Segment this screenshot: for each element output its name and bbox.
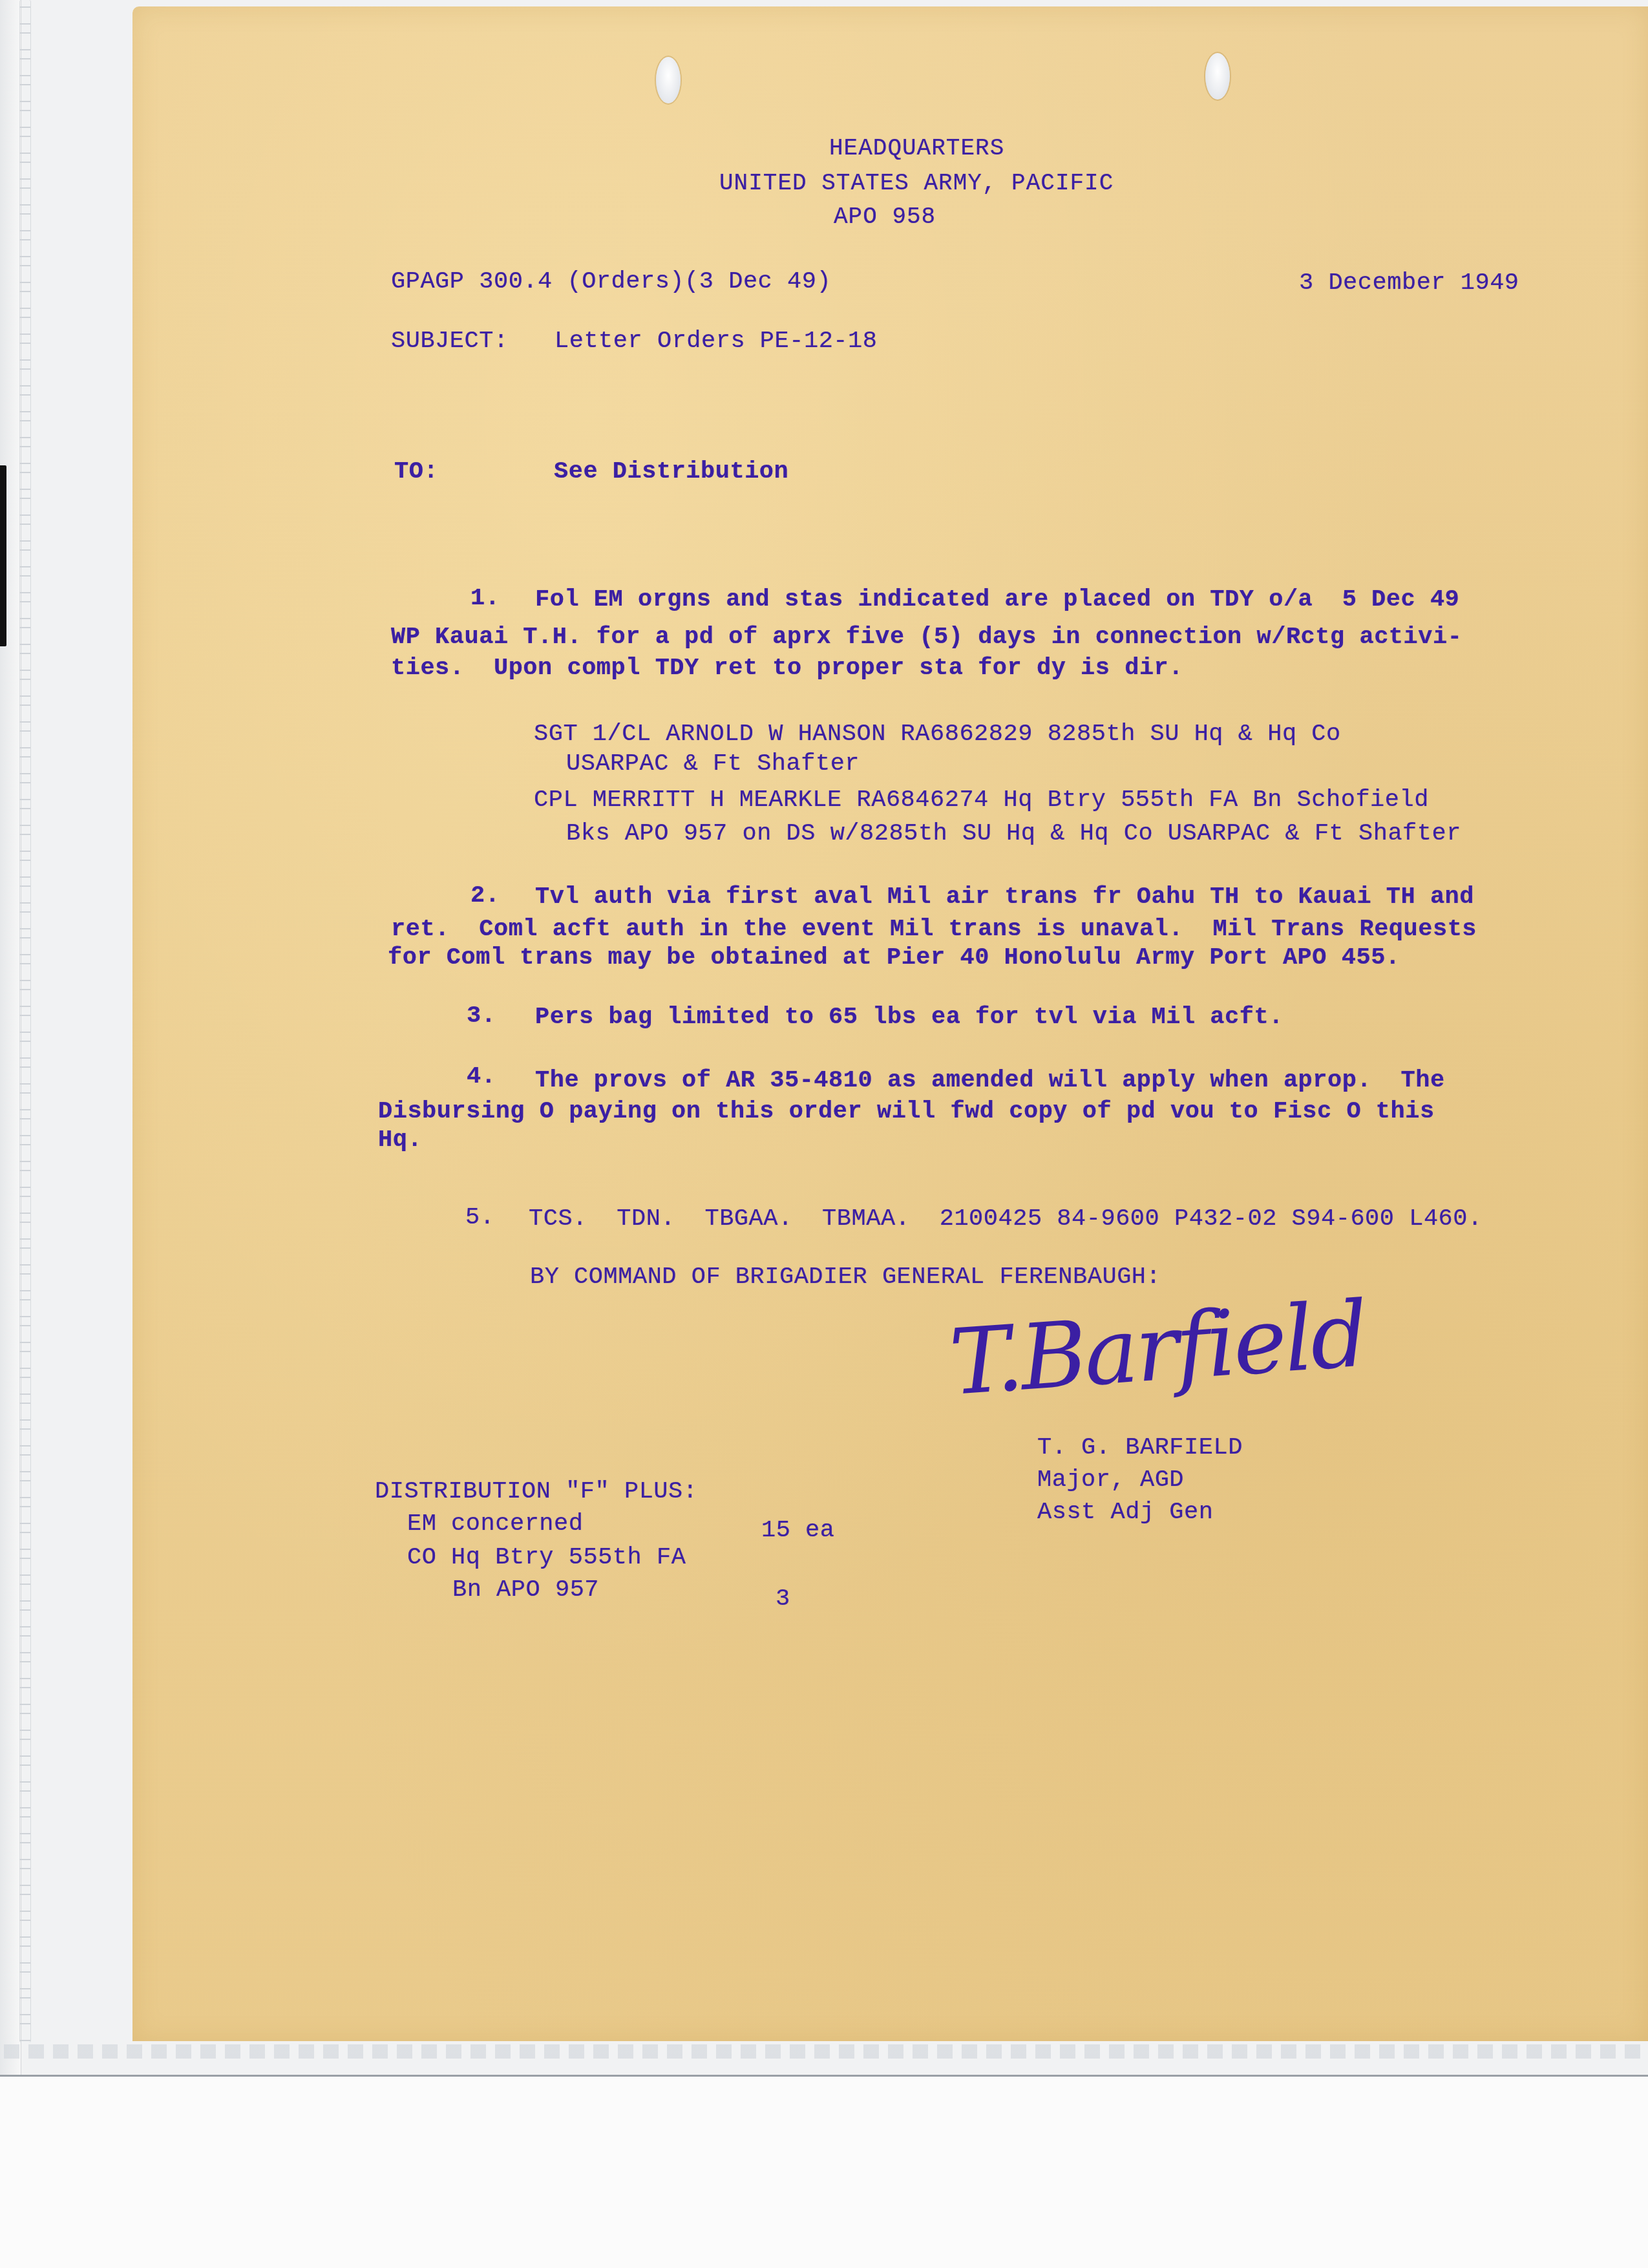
distribution-item-label-cont: Bn APO 957 xyxy=(452,1578,599,1602)
paragraph-number: 5. xyxy=(465,1206,494,1230)
paragraph-line: The provs of AR 35-4810 as amended will … xyxy=(535,1069,1445,1093)
letterhead-line-3: APO 958 xyxy=(834,206,936,229)
signer-title: Asst Adj Gen xyxy=(1037,1501,1213,1525)
personnel-line: Bks APO 957 on DS w/8285th SU Hq & Hq Co… xyxy=(566,822,1461,846)
paragraph-line: ties. Upon compl TDY ret to proper sta f… xyxy=(391,657,1183,681)
paragraph-line: ret. Coml acft auth in the event Mil tra… xyxy=(391,918,1477,942)
paragraph-line: TCS. TDN. TBGAA. TBMAA. 2100425 84-9600 … xyxy=(529,1207,1483,1231)
sleeve-perforation-column xyxy=(19,0,31,2042)
signer-name: T. G. BARFIELD xyxy=(1037,1436,1243,1460)
paragraph-number: 3. xyxy=(467,1004,496,1028)
paragraph-line: Pers bag limited to 65 lbs ea for tvl vi… xyxy=(535,1006,1284,1030)
subject-text: Letter Orders PE-12-18 xyxy=(555,330,877,354)
signer-rank: Major, AGD xyxy=(1037,1468,1184,1492)
paragraph-line: Disbursing O paying on this order will f… xyxy=(378,1100,1435,1124)
letterhead-line-2: UNITED STATES ARMY, PACIFIC xyxy=(719,172,1114,195)
personnel-line: CPL MERRITT H MEARKLE RA6846274 Hq Btry … xyxy=(534,789,1429,812)
punch-hole-right xyxy=(1205,53,1230,100)
paragraph-line: WP Kauai T.H. for a pd of aprx five (5) … xyxy=(391,626,1462,650)
distribution-item-label: EM concerned xyxy=(407,1512,583,1536)
sleeve-perforation-row xyxy=(0,2044,1648,2059)
paragraph-line: Hq. xyxy=(378,1129,422,1152)
subject-label: SUBJECT: xyxy=(391,330,509,354)
distribution-item-qty: 3 xyxy=(776,1587,790,1611)
distribution-item-qty: 15 ea xyxy=(761,1519,835,1543)
personnel-line: USARPAC & Ft Shafter xyxy=(566,752,860,776)
paragraph-line: for Coml trans may be obtained at Pier 4… xyxy=(388,946,1400,970)
paragraph-number: 2. xyxy=(470,884,500,908)
to-label: TO: xyxy=(394,460,438,484)
punch-hole-left xyxy=(656,57,681,103)
paragraph-line: Tvl auth via first aval Mil air trans fr… xyxy=(535,885,1474,909)
binder-spine-label xyxy=(0,465,6,646)
paragraph-number: 1. xyxy=(470,587,500,611)
paragraph-line: Fol EM orgns and stas indicated are plac… xyxy=(535,588,1459,612)
sleeve-left-edge xyxy=(0,0,21,2075)
distribution-heading: DISTRIBUTION "F" PLUS: xyxy=(375,1480,697,1504)
personnel-line: SGT 1/CL ARNOLD W HANSON RA6862829 8285t… xyxy=(534,723,1341,747)
document-date: 3 December 1949 xyxy=(1299,271,1519,295)
handwritten-signature: T.Barfield xyxy=(947,1289,1369,1409)
to-recipient: See Distribution xyxy=(554,460,788,484)
letterhead-line-1: HEADQUARTERS xyxy=(829,137,1004,160)
file-reference: GPAGP 300.4 (Orders)(3 Dec 49) xyxy=(391,270,831,294)
command-line: BY COMMAND OF BRIGADIER GENERAL FERENBAU… xyxy=(530,1266,1161,1289)
paragraph-number: 4. xyxy=(467,1065,496,1089)
distribution-item-label: CO Hq Btry 555th FA xyxy=(407,1546,686,1570)
